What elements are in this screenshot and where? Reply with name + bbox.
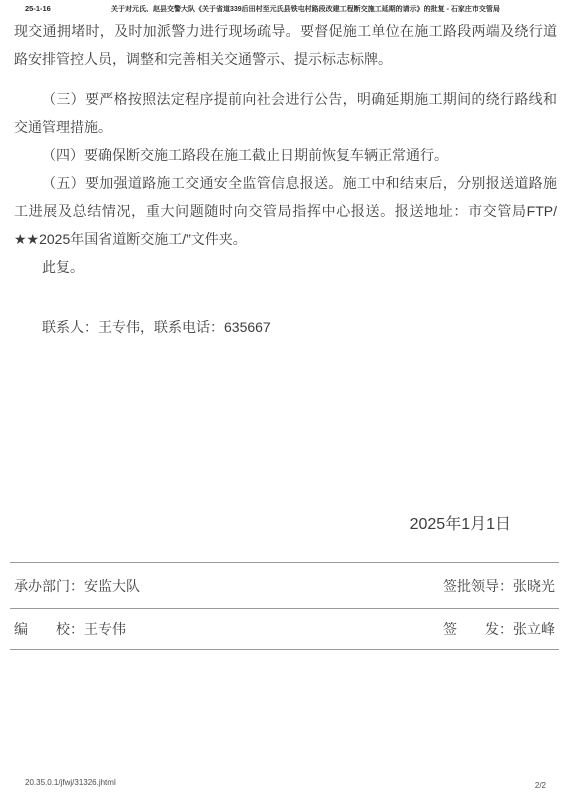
print-footer-url: 20.35.0.1/jfwj/31326.jhtml xyxy=(25,778,116,787)
paragraph-closing: 此复。 xyxy=(14,253,557,281)
approval-table: 承办部门：安监大队 签批领导：张晓光 编 校：王专伟 签 发：张立峰 xyxy=(10,562,559,650)
paragraph-item-4: （四）要确保断交施工路段在施工截止日期前恢复车辆正常通行。 xyxy=(14,141,557,169)
print-header: 25-1-16 关于对元氏、赵县交警大队《关于省道339后田村至元氏县铁屯村路段… xyxy=(25,4,546,14)
issuer: 签 发：张立峰 xyxy=(443,619,555,639)
paragraph-continuation: 现交通拥堵时，及时加派警力进行现场疏导。要督促施工单位在施工路段两端及绕行道路安… xyxy=(14,17,557,73)
contact-line: 联系人：王专伟，联系电话：635667 xyxy=(14,313,557,341)
approving-leader: 签批领导：张晓光 xyxy=(443,576,555,596)
document-date: 2025年1月1日 xyxy=(14,511,557,539)
document-page: 25-1-16 关于对元氏、赵县交警大队《关于省道339后田村至元氏县铁屯村路段… xyxy=(0,0,571,800)
paragraph-item-3: （三）要严格按照法定程序提前向社会进行公告，明确延期施工期间的绕行路线和交通管理… xyxy=(14,85,557,141)
print-footer-page-number: 2/2 xyxy=(535,781,546,790)
handling-department: 承办部门：安监大队 xyxy=(14,576,140,596)
approval-row-1: 承办部门：安监大队 签批领导：张晓光 xyxy=(10,563,559,609)
editor-proofreader: 编 校：王专伟 xyxy=(14,619,126,639)
approval-row-2: 编 校：王专伟 签 发：张立峰 xyxy=(10,609,559,649)
print-header-title: 关于对元氏、赵县交警大队《关于省道339后田村至元氏县铁屯村路段改建工程断交施工… xyxy=(65,4,546,14)
print-header-date: 25-1-16 xyxy=(25,4,51,13)
document-body: 现交通拥堵时，及时加派警力进行现场疏导。要督促施工单位在施工路段两端及绕行道路安… xyxy=(14,17,557,539)
paragraph-item-5: （五）要加强道路施工交通安全监管信息报送。施工中和结束后，分别报送道路施工进展及… xyxy=(14,169,557,253)
